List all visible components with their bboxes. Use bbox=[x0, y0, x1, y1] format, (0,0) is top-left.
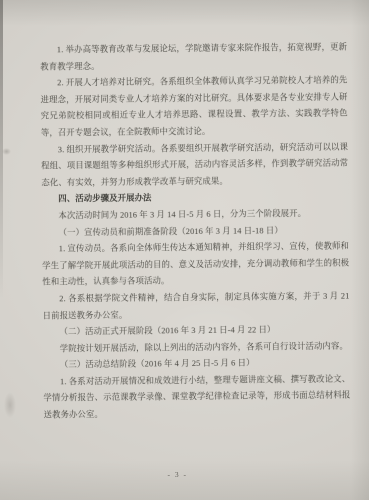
photographed-document-page: 1. 举办高等教育改革与发展论坛，学院邀请专家来院作报告，拓宽视野，更新教育教学… bbox=[0, 0, 369, 500]
paper-smudge bbox=[2, 148, 11, 155]
paragraph-item-3: 3. 组织开展教学研究活动。各系要组织开展教学研究活动，研究活动可以以课程组、项… bbox=[41, 139, 348, 192]
paper-bottom-shading bbox=[0, 460, 369, 500]
phase-1-item-2: 2. 各系根据学院文件精神，结合自身实际，制定具体实施方案，并于 3 月 21 … bbox=[42, 288, 349, 324]
phase-2-item-1: 学院按计划开展活动，除以上列出的活动内容外，各系可自行设计活动内容。 bbox=[43, 338, 350, 358]
phase-1-item-1: 1. 宣传动员。各系向全体师生传达本通知精神，并组织学习、宣传，使教师和学生了解… bbox=[42, 239, 349, 292]
schedule-overview: 本次活动时间为 2016 年 3 月 14 日-5 月 6 日，分为三个阶段展开… bbox=[42, 205, 349, 225]
paper-smudge bbox=[4, 392, 16, 418]
paper-top-shading bbox=[0, 0, 369, 26]
paragraph-item-2: 2. 开展人才培养对比研究。各系组织全体教师认真学习兄弟院校人才培养的先进理念，… bbox=[40, 73, 348, 142]
paper-left-edge bbox=[0, 0, 3, 300]
phase-3-item-1: 1. 各系对活动开展情况和成效进行小结，整理专题讲座文稿、撰写教改论文、学情分析… bbox=[43, 371, 350, 424]
document-body: 1. 举办高等教育改革与发展论坛，学院邀请专家来院作报告，拓宽视野，更新教育教学… bbox=[40, 40, 351, 425]
paragraph-item-1: 1. 举办高等教育改革与发展论坛，学院邀请专家来院作报告，拓宽视野，更新教育教学… bbox=[40, 40, 347, 76]
paper-right-shading bbox=[351, 0, 369, 500]
page-number: - 3 - bbox=[0, 470, 355, 479]
